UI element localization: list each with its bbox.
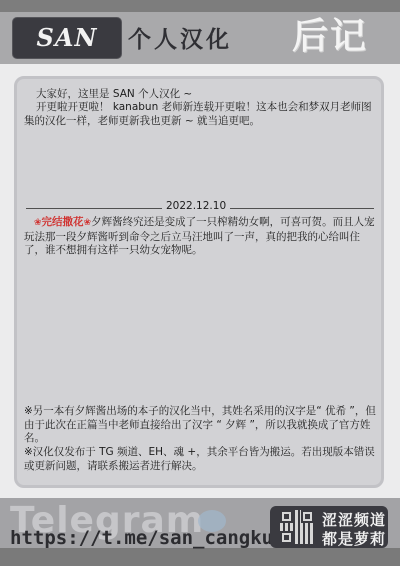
flower-icon: ❀ (84, 218, 92, 228)
qr-badge: 涩涩频道 都是萝莉 (270, 506, 388, 548)
sticker-label: 完结撒花 (42, 216, 84, 228)
brand-title: 个人汉化 (128, 21, 232, 54)
divider-line-right (230, 208, 374, 209)
san-logo: SAN (12, 17, 122, 59)
note-2: ※汉化仅发布于 TG 频道、EH、魂 +，其余平台皆为搬运。若出现版本错误或更新… (24, 446, 380, 473)
divider-date: 2022.12.10 (166, 200, 226, 212)
qr-code-icon[interactable] (280, 510, 314, 544)
qr-caption-line2: 都是萝莉 (322, 528, 386, 549)
date-divider: 2022.12.10 (26, 202, 374, 214)
greeting-text: 大家好，这里是 SAN 个人汉化 ~ (24, 88, 380, 102)
divider-line-left (26, 208, 162, 209)
flower-icon: ❀ (34, 218, 42, 228)
intro-text: 开更啦开更啦！ kanabun 老师新连载开更啦！这本也会和梦双月老师图集的汉化… (24, 101, 380, 128)
channel-url-link[interactable]: https://t.me/san_cangku (10, 527, 273, 549)
entry-paragraph: ❀完结撒花❀夕辉酱终究还是变成了一只榨精幼女啊，可喜可贺。而且人宠玩法那一段夕辉… (24, 216, 380, 258)
qr-caption-line1: 涩涩频道 (322, 509, 386, 530)
logo-text: SAN (13, 18, 121, 58)
bottom-band (0, 548, 400, 566)
note-1: ※另一本有夕辉酱出场的本子的汉化当中，其姓名采用的汉字是“ 优希 ”，但由于此次… (24, 405, 380, 446)
section-title: 后记 (292, 8, 368, 59)
